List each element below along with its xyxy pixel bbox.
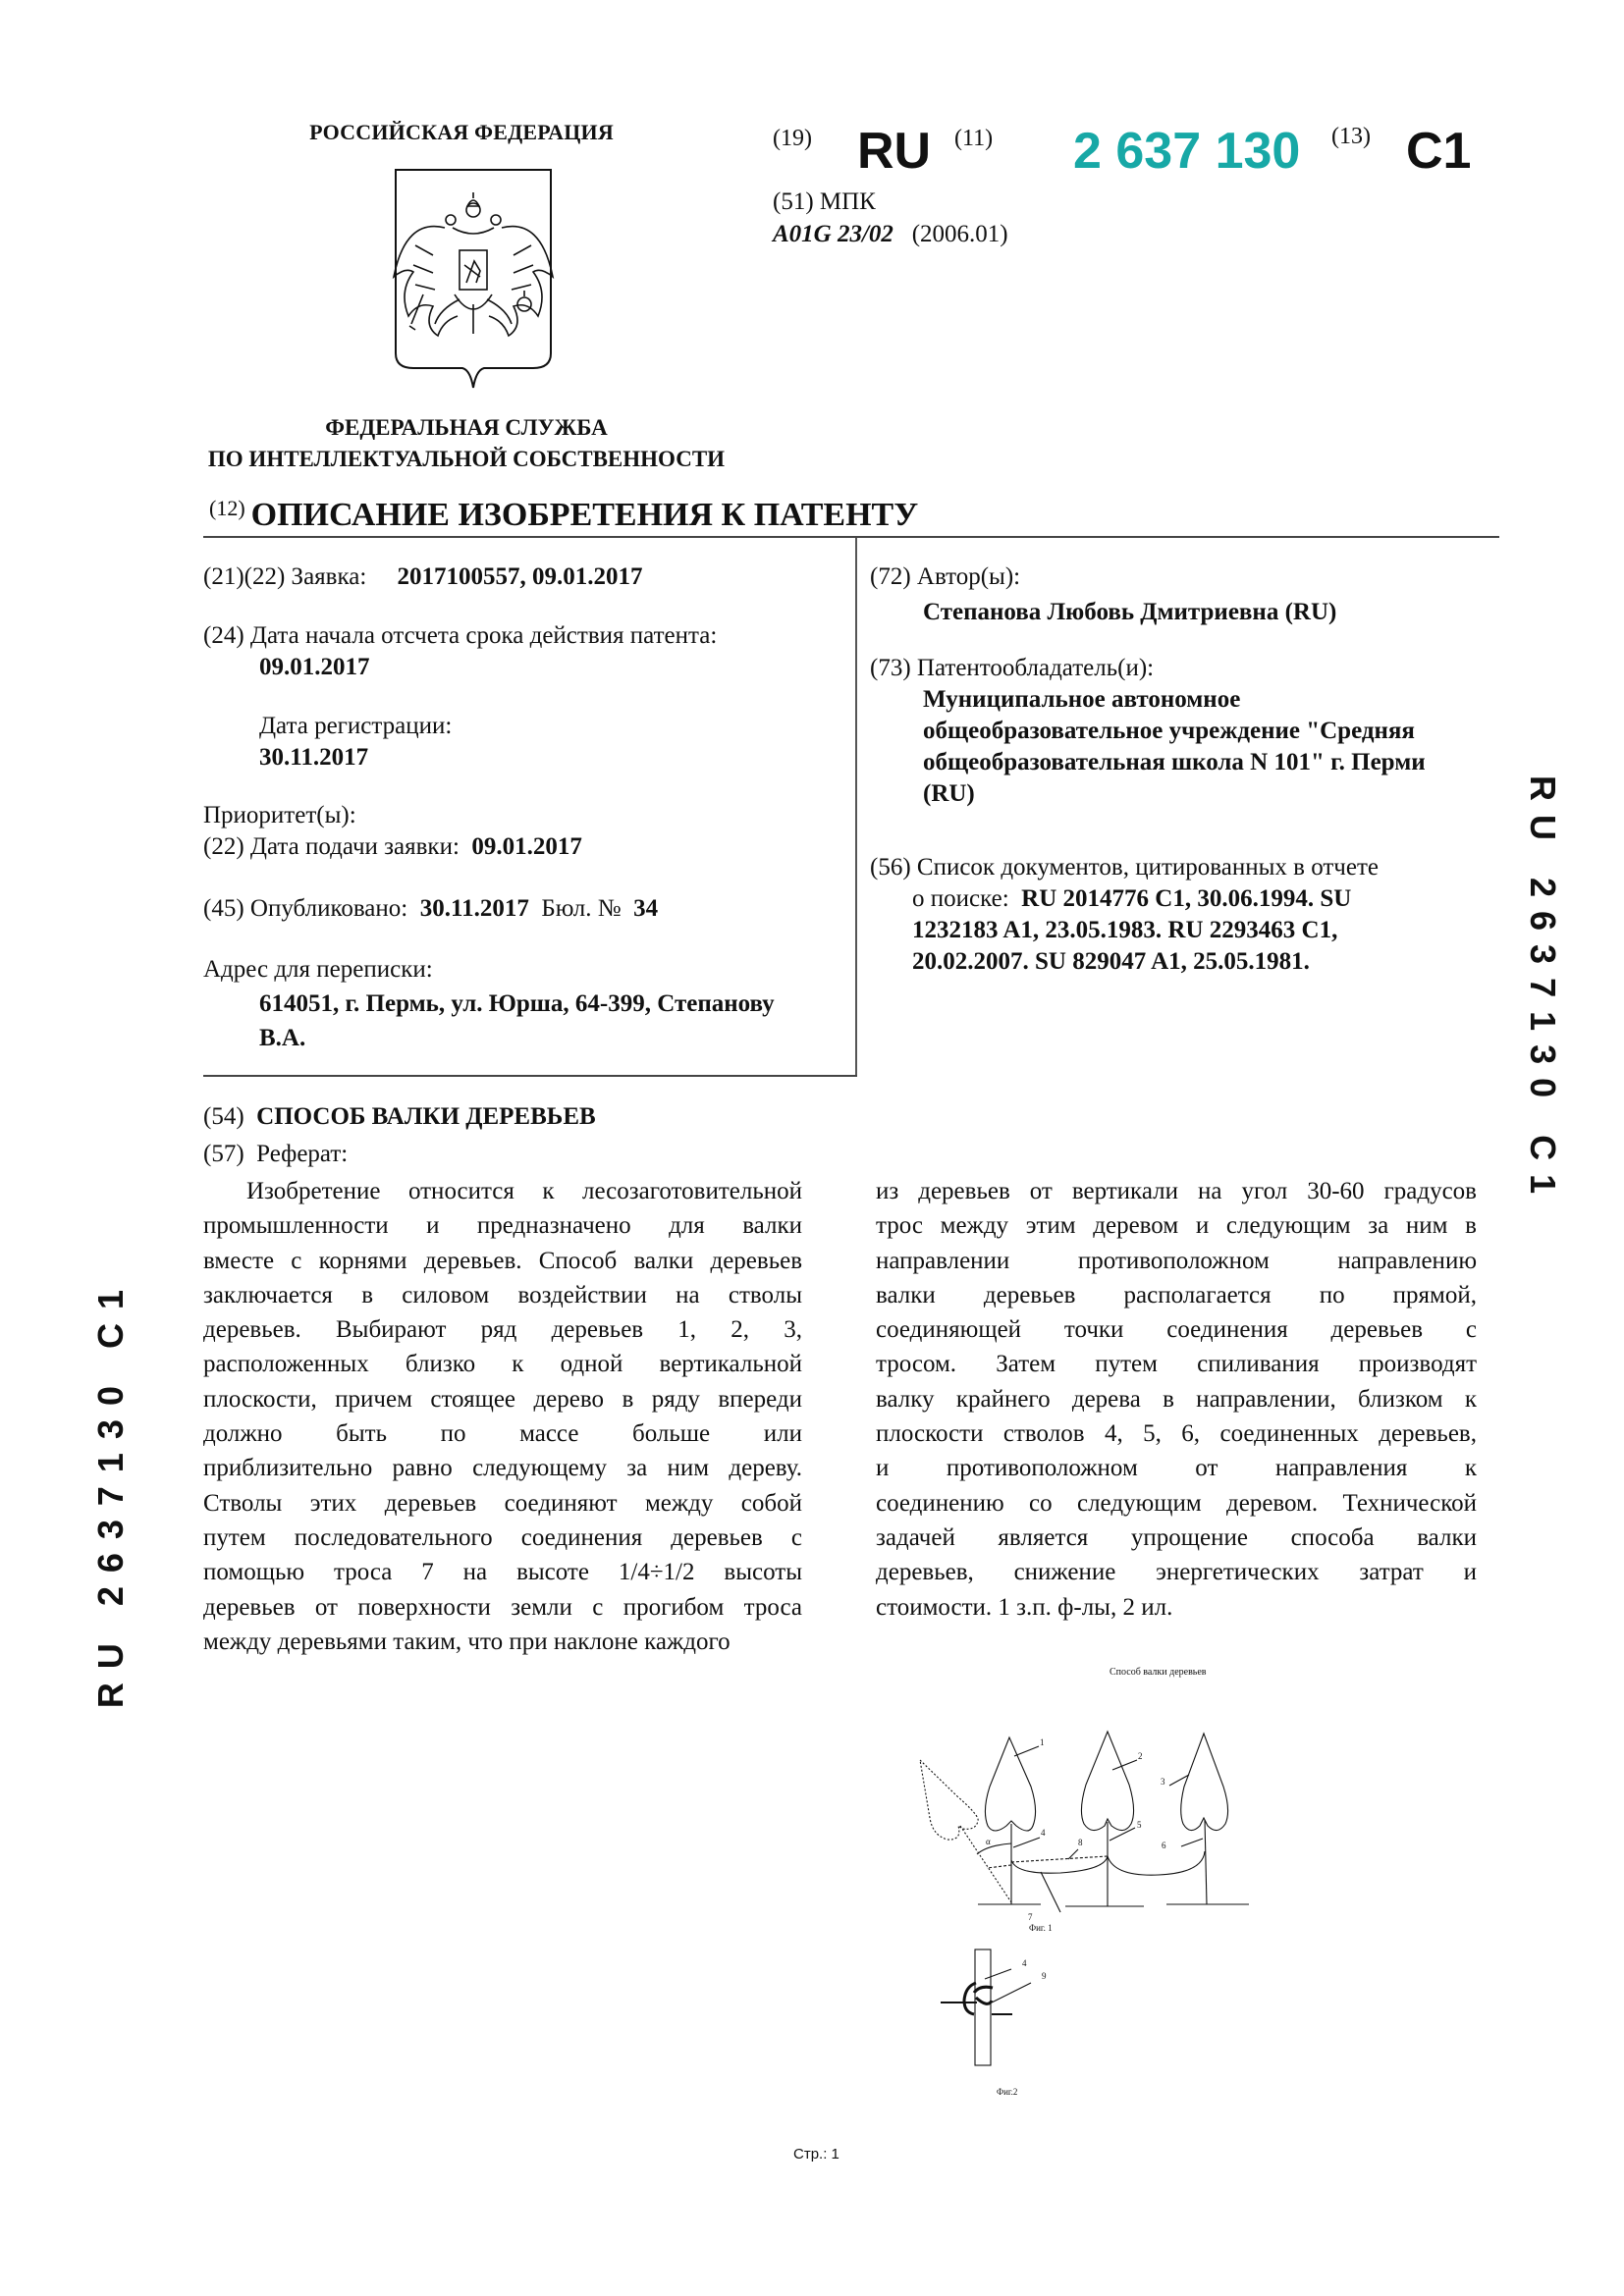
holders-value: Муниципальное автономное общеобразовател… — [870, 684, 1426, 810]
abstract-line: соединяющей точки соединения деревьев с — [876, 1312, 1477, 1347]
ipc-version: (2006.01) — [912, 221, 1008, 247]
address-line-2: В.А. — [203, 1021, 775, 1055]
citations-field: (56) Список документов, цитированных в о… — [870, 852, 1379, 978]
abstract-line: вместе с корнями деревьев. Способ валки … — [203, 1244, 802, 1278]
citation-line: 1232183 A1, 23.05.1983. RU 2293463 C1, — [870, 915, 1379, 946]
inid-code-12: (12) — [209, 496, 245, 520]
abstract-line: помощью троса 7 на высоте 1/4÷1/2 высоты — [203, 1555, 802, 1589]
abstract-line: приблизительно равно следующему за ним д… — [203, 1451, 802, 1485]
inid-code-54: (54) — [203, 1103, 244, 1130]
agency-name: ФЕДЕРАЛЬНАЯ СЛУЖБА ПО ИНТЕЛЛЕКТУАЛЬНОЙ С… — [157, 412, 776, 475]
application-field: (21)(22) Заявка: 2017100557, 09.01.2017 — [203, 561, 643, 593]
abstract-line: задачей является упрощение способа валки — [876, 1521, 1477, 1555]
address-line-1: 614051, г. Пермь, ул. Юрша, 64-399, Степ… — [203, 987, 775, 1021]
abstract-line: соединению со следующим деревом. Техниче… — [876, 1486, 1477, 1521]
fig1-caption: Фиг. 1 — [1029, 1923, 1053, 1933]
registration-field: Дата регистрации: 30.11.2017 — [203, 711, 452, 774]
citations-label-2: о поиске: — [912, 885, 1009, 912]
abstract-line: направлении противоположном направлению — [876, 1244, 1477, 1278]
label-7: 7 — [1028, 1912, 1033, 1922]
holders-field: (73) Патентообладатель(и): Муниципальное… — [870, 653, 1426, 810]
abstract-line: путем последовательного соединения дерев… — [203, 1521, 802, 1555]
abstract-line: между деревьями таким, что при наклоне к… — [203, 1625, 802, 1659]
fig2-caption: Фиг.2 — [997, 2087, 1017, 2097]
abstract-line: должно быть по массе больше или — [203, 1416, 802, 1451]
kind-code: C1 — [1406, 122, 1471, 181]
term-start-field: (24) Дата начала отсчета срока действия … — [203, 620, 717, 683]
published-field: (45) Опубликовано: 30.11.2017 Бюл. № 34 — [203, 893, 658, 925]
abstract-line: расположенных близко к одной вертикально… — [203, 1347, 802, 1381]
russian-coat-of-arms-icon — [386, 167, 563, 398]
abstract-line: валки деревьев располагается по прямой, — [876, 1278, 1477, 1312]
document-type-title: (12)ОПИСАНИЕ ИЗОБРЕТЕНИЯ К ПАТЕНТУ — [209, 496, 918, 534]
label-9: 9 — [1042, 1971, 1047, 1981]
authors-value: Степанова Любовь Дмитриевна (RU) — [870, 597, 1336, 628]
mpk-label: (51) МПК — [773, 188, 876, 216]
holders-label: (73) Патентообладатель(и): — [870, 653, 1426, 684]
citations-label: (56) Список документов, цитированных в о… — [870, 852, 1379, 883]
abstract-line: деревьев, снижение энергетических затрат… — [876, 1555, 1477, 1589]
label-6: 6 — [1162, 1841, 1166, 1850]
address-label: Адрес для переписки: — [203, 952, 775, 987]
abstract-line: тросом. Затем путем спиливания производя… — [876, 1347, 1477, 1381]
label-8: 8 — [1078, 1838, 1083, 1847]
citation-line: RU 2014776 C1, 30.06.1994. SU — [1021, 885, 1351, 912]
abstract-line: Стволы этих деревьев соединяют между соб… — [203, 1486, 802, 1521]
priority-field: Приоритет(ы): (22) Дата подачи заявки: 0… — [203, 800, 582, 863]
inid-code-11: (11) — [954, 126, 993, 152]
holders-line: общеобразовательная школа N 101" г. Перм… — [923, 747, 1426, 778]
abstract-line: заключается в силовом воздействии на ств… — [203, 1278, 802, 1312]
bulletin-value: 34 — [633, 895, 658, 922]
holders-line: Муниципальное автономное — [923, 684, 1426, 716]
ipc-classification: A01G 23/02 (2006.01) — [773, 221, 1008, 248]
invention-title-text: СПОСОБ ВАЛКИ ДЕРЕВЬЕВ — [256, 1103, 596, 1130]
abstract-line: деревьев. Выбирают ряд деревьев 1, 2, 3, — [203, 1312, 802, 1347]
inid-code-57: (57) — [203, 1141, 244, 1167]
published-label: (45) Опубликовано: — [203, 895, 407, 922]
inid-code-19: (19) — [773, 126, 812, 152]
citation-line: 20.02.2007. SU 829047 A1, 25.05.1981. — [870, 946, 1379, 978]
side-patent-number-left: RU 2637130 C1 — [90, 1276, 132, 1708]
abstract-line: стоимости. 1 з.п. ф-лы, 2 ил. — [876, 1590, 1477, 1625]
registration-label: Дата регистрации: — [203, 711, 452, 742]
label-1: 1 — [1040, 1737, 1045, 1747]
fig2-label-4: 4 — [1022, 1958, 1027, 1968]
abstract-right-column: из деревьев от вертикали на угол 30-60 г… — [876, 1174, 1477, 1625]
patent-drawing: 1 2 3 4 5 6 8 α 7 Фиг. 1 4 9 Фиг.2 — [903, 1659, 1492, 2101]
agency-line-1: ФЕДЕРАЛЬНАЯ СЛУЖБА — [157, 412, 776, 444]
bulletin-label: Бюл. № — [541, 895, 621, 922]
page-number: Стр.: 1 — [793, 2146, 839, 2163]
document-type-text: ОПИСАНИЕ ИЗОБРЕТЕНИЯ К ПАТЕНТУ — [251, 497, 919, 533]
address-field: Адрес для переписки: 614051, г. Пермь, у… — [203, 952, 775, 1055]
abstract-line: Изобретение относится к лесозаготовитель… — [203, 1174, 802, 1208]
ipc-class: A01G 23/02 — [773, 221, 893, 247]
abstract-line: и противоположном от направления к — [876, 1451, 1477, 1485]
holders-line: общеобразовательное учреждение "Средняя — [923, 716, 1426, 747]
filing-date-value: 09.01.2017 — [471, 833, 582, 860]
priority-label: Приоритет(ы): — [203, 800, 582, 831]
label-3: 3 — [1161, 1777, 1165, 1787]
abstract-line: промышленности и предназначено для валки — [203, 1208, 802, 1243]
authors-label: (72) Автор(ы): — [870, 561, 1336, 593]
patent-number: 2 637 130 — [1073, 122, 1300, 181]
abstract-line: плоскости, причем стоящее дерево в ряду … — [203, 1382, 802, 1416]
application-value: 2017100557, 09.01.2017 — [398, 563, 643, 590]
abstract-line: трос между этим деревом и следующим за н… — [876, 1208, 1477, 1243]
abstract-line: плоскости стволов 4, 5, 6, соединенных д… — [876, 1416, 1477, 1451]
abstract-line: из деревьев от вертикали на угол 30-60 г… — [876, 1174, 1477, 1208]
invention-title: (54) СПОСОБ ВАЛКИ ДЕРЕВЬЕВ — [203, 1101, 596, 1133]
abstract-line: валку крайнего дерева в направлении, бли… — [876, 1382, 1477, 1416]
registration-value: 30.11.2017 — [203, 742, 452, 774]
application-label: (21)(22) Заявка: — [203, 563, 366, 590]
left-block-divider — [203, 1075, 857, 1077]
header-divider — [203, 536, 1499, 538]
tree-felling-diagram — [903, 1659, 1492, 2101]
abstract-line: деревьев от поверхности земли с прогибом… — [203, 1590, 802, 1625]
holders-line: (RU) — [923, 778, 1426, 810]
side-patent-number-right: RU 2637130 C1 — [1522, 775, 1563, 1207]
authors-field: (72) Автор(ы): Степанова Любовь Дмитриев… — [870, 561, 1336, 628]
country-code: RU — [857, 122, 931, 181]
term-start-value: 09.01.2017 — [203, 652, 717, 683]
country-name: РОССИЙСКАЯ ФЕДЕРАЦИЯ — [275, 120, 648, 145]
published-value: 30.11.2017 — [420, 895, 529, 922]
agency-line-2: ПО ИНТЕЛЛЕКТУАЛЬНОЙ СОБСТВЕННОСТИ — [157, 444, 776, 475]
abstract-label: Реферат: — [256, 1141, 348, 1167]
filing-date-label: (22) Дата подачи заявки: — [203, 833, 460, 860]
column-divider — [855, 538, 857, 1076]
label-2: 2 — [1138, 1751, 1143, 1761]
label-5: 5 — [1137, 1820, 1142, 1830]
abstract-heading: (57) Реферат: — [203, 1139, 348, 1170]
term-start-label: (24) Дата начала отсчета срока действия … — [203, 620, 717, 652]
inid-code-13: (13) — [1331, 124, 1371, 150]
abstract-left-column: Изобретение относится к лесозаготовитель… — [203, 1174, 802, 1659]
label-4: 4 — [1041, 1828, 1046, 1838]
label-alpha: α — [986, 1837, 991, 1846]
